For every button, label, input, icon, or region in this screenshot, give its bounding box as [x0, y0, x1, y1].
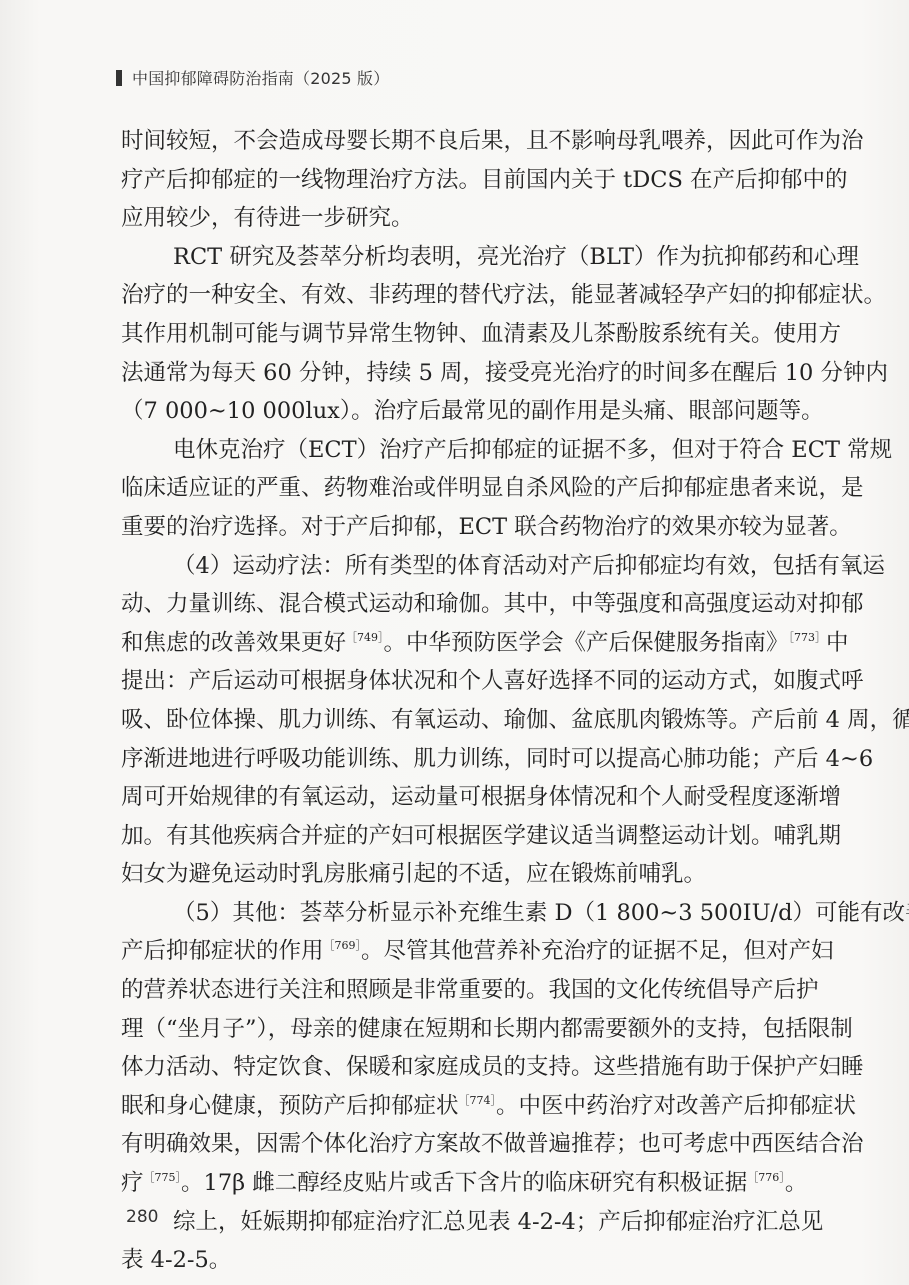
- citation-769[interactable]: ［769］: [324, 939, 362, 952]
- header-bar-marker: [116, 70, 122, 86]
- text-line: 提出：产后运动可根据身体状况和个人喜好选择不同的运动方式，如腹式呼: [121, 662, 783, 701]
- citation-776[interactable]: ［776］: [747, 1171, 785, 1184]
- text-segment: 。中华预防医学会《产后保健服务指南》: [384, 630, 789, 656]
- citation-774[interactable]: ［774］: [459, 1094, 497, 1107]
- text-line: 电休克治疗（ECT）治疗产后抑郁症的证据不多，但对于符合 ECT 常规: [121, 431, 783, 470]
- text-line: 其作用机制可能与调节异常生物钟、血清素及儿茶酚胺系统有关。使用方: [121, 315, 783, 354]
- text-segment: 。中医中药治疗对改善产后抑郁症状: [496, 1093, 856, 1119]
- paragraph-blt: RCT 研究及荟萃分析均表明，亮光治疗（BLT）作为抗抑郁药和心理 治疗的一种安…: [121, 238, 783, 431]
- text-segment: 疗: [121, 1170, 144, 1196]
- text-line: 疗产后抑郁症的一线物理治疗方法。目前国内关于 tDCS 在产后抑郁中的: [121, 161, 783, 200]
- text-segment: 。: [785, 1170, 808, 1196]
- text-line: 周可开始规律的有氧运动，运动量可根据身体情况和个人耐受程度逐渐增: [121, 778, 783, 817]
- text-line: 时间较短，不会造成母婴长期不良后果，且不影响母乳喂养，因此可作为治: [121, 122, 783, 161]
- citation-749[interactable]: ［749］: [346, 631, 384, 644]
- text-segment: 。尽管其他营养补充治疗的证据不足，但对产妇: [361, 938, 834, 964]
- text-line: 体力活动、特定饮食、保暖和家庭成员的支持。这些措施有助于保护产妇睡: [121, 1048, 783, 1087]
- text-segment: 眠和身心健康，预防产后抑郁症状: [121, 1093, 459, 1119]
- text-line: 的营养状态进行关注和照顾是非常重要的。我国的文化传统倡导产后护: [121, 971, 783, 1010]
- paragraph-tdcs: 时间较短，不会造成母婴长期不良后果，且不影响母乳喂养，因此可作为治 疗产后抑郁症…: [121, 122, 783, 238]
- citation-773[interactable]: ［773］: [789, 631, 827, 644]
- text-segment: 和焦虑的改善效果更好: [121, 630, 346, 656]
- text-line: 表 4-2-5。: [121, 1241, 783, 1280]
- text-line: 法通常为每天 60 分钟，持续 5 周，接受亮光治疗的时间多在醒后 10 分钟内: [121, 354, 783, 393]
- text-line: 加。有其他疾病合并症的产妇可根据医学建议适当调整运动计划。哺乳期: [121, 817, 783, 856]
- text-line: 理（“坐月子”），母亲的健康在短期和长期内都需要额外的支持，包括限制: [121, 1010, 783, 1049]
- paragraph-other-therapies: （5）其他：荟萃分析显示补充维生素 D（1 800~3 500IU/d）可能有改…: [121, 894, 783, 1203]
- text-line: （4）运动疗法：所有类型的体育活动对产后抑郁症均有效，包括有氧运: [121, 547, 783, 586]
- text-line-with-citations: 和焦虑的改善效果更好［749］。中华预防医学会《产后保健服务指南》［773］中: [121, 624, 783, 663]
- paragraph-exercise-therapy: （4）运动疗法：所有类型的体育活动对产后抑郁症均有效，包括有氧运 动、力量训练、…: [121, 547, 783, 894]
- text-segment: 。17β 雌二醇经皮贴片或舌下含片的临床研究有积极证据: [181, 1170, 747, 1196]
- header-title: 中国抑郁障碍防治指南（2025 版）: [132, 66, 389, 89]
- text-line: RCT 研究及荟萃分析均表明，亮光治疗（BLT）作为抗抑郁药和心理: [121, 238, 783, 277]
- text-line-with-citations: 眠和身心健康，预防产后抑郁症状［774］。中医中药治疗对改善产后抑郁症状: [121, 1087, 783, 1126]
- page-number: 280: [126, 1207, 158, 1227]
- text-line: 妇女为避免运动时乳房胀痛引起的不适，应在锻炼前哺乳。: [121, 855, 783, 894]
- paragraph-summary: 综上，妊娠期抑郁症治疗汇总见表 4-2-4；产后抑郁症治疗汇总见 表 4-2-5…: [121, 1203, 783, 1280]
- text-segment: 中: [826, 630, 849, 656]
- text-line: 序渐进地进行呼吸功能训练、肌力训练，同时可以提高心肺功能；产后 4~6: [121, 740, 783, 779]
- citation-775[interactable]: ［775］: [144, 1171, 182, 1184]
- body-text: 时间较短，不会造成母婴长期不良后果，且不影响母乳喂养，因此可作为治 疗产后抑郁症…: [121, 122, 783, 1280]
- text-line: 综上，妊娠期抑郁症治疗汇总见表 4-2-4；产后抑郁症治疗汇总见: [121, 1203, 783, 1242]
- text-line: 吸、卧位体操、肌力训练、有氧运动、瑜伽、盆底肌肉锻炼等。产后前 4 周，循: [121, 701, 783, 740]
- text-line: 动、力量训练、混合模式运动和瑜伽。其中，中等强度和高强度运动对抑郁: [121, 585, 783, 624]
- text-line: 临床适应证的严重、药物难治或伴明显自杀风险的产后抑郁症患者来说，是: [121, 469, 783, 508]
- text-line: 有明确效果，因需个体化治疗方案故不做普遍推荐；也可考虑中西医结合治: [121, 1125, 783, 1164]
- text-line-with-citations: 产后抑郁症状的作用［769］。尽管其他营养补充治疗的证据不足，但对产妇: [121, 932, 783, 971]
- text-line: 应用较少，有待进一步研究。: [121, 199, 783, 238]
- document-page: 中国抑郁障碍防治指南（2025 版） 时间较短，不会造成母婴长期不良后果，且不影…: [0, 0, 909, 1285]
- text-line: （5）其他：荟萃分析显示补充维生素 D（1 800~3 500IU/d）可能有改…: [121, 894, 783, 933]
- running-header: 中国抑郁障碍防治指南（2025 版）: [116, 66, 389, 89]
- text-line: 治疗的一种安全、有效、非药理的替代疗法，能显著减轻孕产妇的抑郁症状。: [121, 276, 783, 315]
- text-line: （7 000~10 000lux）。治疗后最常见的副作用是头痛、眼部问题等。: [121, 392, 783, 431]
- text-line-with-citations: 疗［775］。17β 雌二醇经皮贴片或舌下含片的临床研究有积极证据［776］。: [121, 1164, 783, 1203]
- text-segment: 产后抑郁症状的作用: [121, 938, 324, 964]
- paragraph-ect: 电休克治疗（ECT）治疗产后抑郁症的证据不多，但对于符合 ECT 常规 临床适应…: [121, 431, 783, 547]
- text-line: 重要的治疗选择。对于产后抑郁，ECT 联合药物治疗的效果亦较为显著。: [121, 508, 783, 547]
